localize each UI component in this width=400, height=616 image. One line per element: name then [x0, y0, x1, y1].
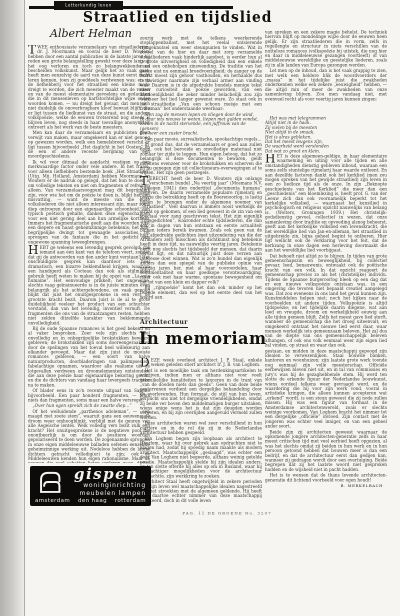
ad-cities: amsterdam den haag rotterdam — [35, 498, 146, 504]
article-column-3-verse: Het was met telegrammen Altijd niet in d… — [265, 116, 387, 154]
paragraph: HEBT ge weleens een levendig gesprek gev… — [28, 246, 150, 326]
author-byline: Albert Helman — [50, 27, 132, 40]
ad-city: amsterdam — [35, 498, 70, 504]
paragraph: Of blader eens in zo'n recente uitgaaf v… — [28, 389, 150, 403]
ad-line-1: woninginrichting — [83, 483, 146, 489]
article-column-2-lower: DEZE week overleed architect J. P. Staal… — [140, 358, 262, 511]
article-column-3-upper: van spreken en een zekere magie behelst.… — [265, 30, 387, 115]
paragraph: DEZE week overleed architect J. P. Staal… — [140, 358, 262, 367]
paragraph: van spreken en een zekere magie behelst.… — [265, 30, 387, 68]
article-column-1: TWEE enthousiaste verzamelaars van straa… — [28, 45, 151, 463]
paragraph: Deze architecten waren wel zeer verschil… — [140, 421, 262, 435]
paragraph: In grond dus, dat de verzamelaars er goe… — [140, 142, 262, 175]
paragraph: Of het welluidende „parthenos adoleman”,… — [28, 409, 150, 463]
paragraph: Architect Staal heeft ongetwijfeld in ze… — [140, 480, 262, 504]
masthead-rule-left — [29, 6, 54, 9]
article-column-2-upper: zeurig werk met de telkens weerkerende s… — [140, 36, 262, 322]
memoriam-title: In memoriam — [139, 329, 267, 349]
page-footer: PAG. 11 DE GROENE No. 3297 — [160, 511, 295, 516]
verse-block: Het was met telegrammen Altijd niet in d… — [265, 116, 387, 154]
page-title: Straatlied en tijdslied — [83, 8, 272, 26]
paragraph: Bij de oude Spaanse romances is het goed… — [28, 326, 150, 387]
paragraph: TWEE enthousiaste verzamelaars van straa… — [28, 45, 150, 130]
author-signature: B. MERKELBACH — [265, 484, 387, 489]
paragraph: Ik wil voor ditmaal de aandacht vestigen… — [28, 160, 150, 245]
verse-block: Men zag de mensen lopen en vliegen door … — [140, 112, 262, 136]
paragraph: zeurig werk met de telkens weerkerende s… — [140, 36, 262, 111]
ad-city: rotterdam — [115, 498, 146, 504]
paragraph: Beide zijn zij architecten geweest waarn… — [265, 430, 387, 472]
paragraph: Bij „rijmpoëzie” komt het dan ook minder… — [140, 286, 262, 300]
ad-city: den haag — [78, 498, 107, 504]
paragraph: Men kan daar de verzamelaars en publicis… — [28, 131, 150, 159]
quoted-verse-line: „Over hun ogen spreidt zich de zwarte di… — [28, 404, 150, 409]
armchair-icon — [35, 469, 67, 495]
article-column-3-lower: HET is deze algemeen-geldige, in haar el… — [265, 154, 387, 512]
paragraph: gestaan, en midden in deze maatschappij … — [265, 349, 387, 429]
paragraph: Het is te wensen dat de thans levende ar… — [265, 473, 387, 482]
paragraph: TERECHT heeft de heer D. Wouters zijn on… — [140, 176, 262, 284]
gispen-advertisement: gispen woninginrichting meubelen lampen … — [30, 466, 151, 506]
gispen-logo: gispen — [74, 466, 139, 483]
scan-edge-strip — [0, 0, 25, 616]
paragraph: Dat behoeft niet altijd zo te blijven. I… — [265, 254, 387, 348]
section-label-architectuur: Architectuur — [140, 320, 188, 328]
paragraph: HET is deze algemeen-geldige, in haar el… — [265, 154, 387, 253]
paragraph: Van Loghem begon zijn loopbaan als archi… — [140, 436, 262, 478]
paragraph: Een paar mooie, surrealistische, spookac… — [140, 137, 262, 142]
ad-line-2: meubelen lampen — [80, 491, 146, 497]
paragraph: Het is een moeilijke taak om herdenkings… — [140, 368, 262, 420]
magazine-page: Letterkundig leven Straatlied en tijdsli… — [0, 0, 400, 616]
paragraph: Let men op de inhoud, dan is het vaak gr… — [265, 69, 387, 102]
